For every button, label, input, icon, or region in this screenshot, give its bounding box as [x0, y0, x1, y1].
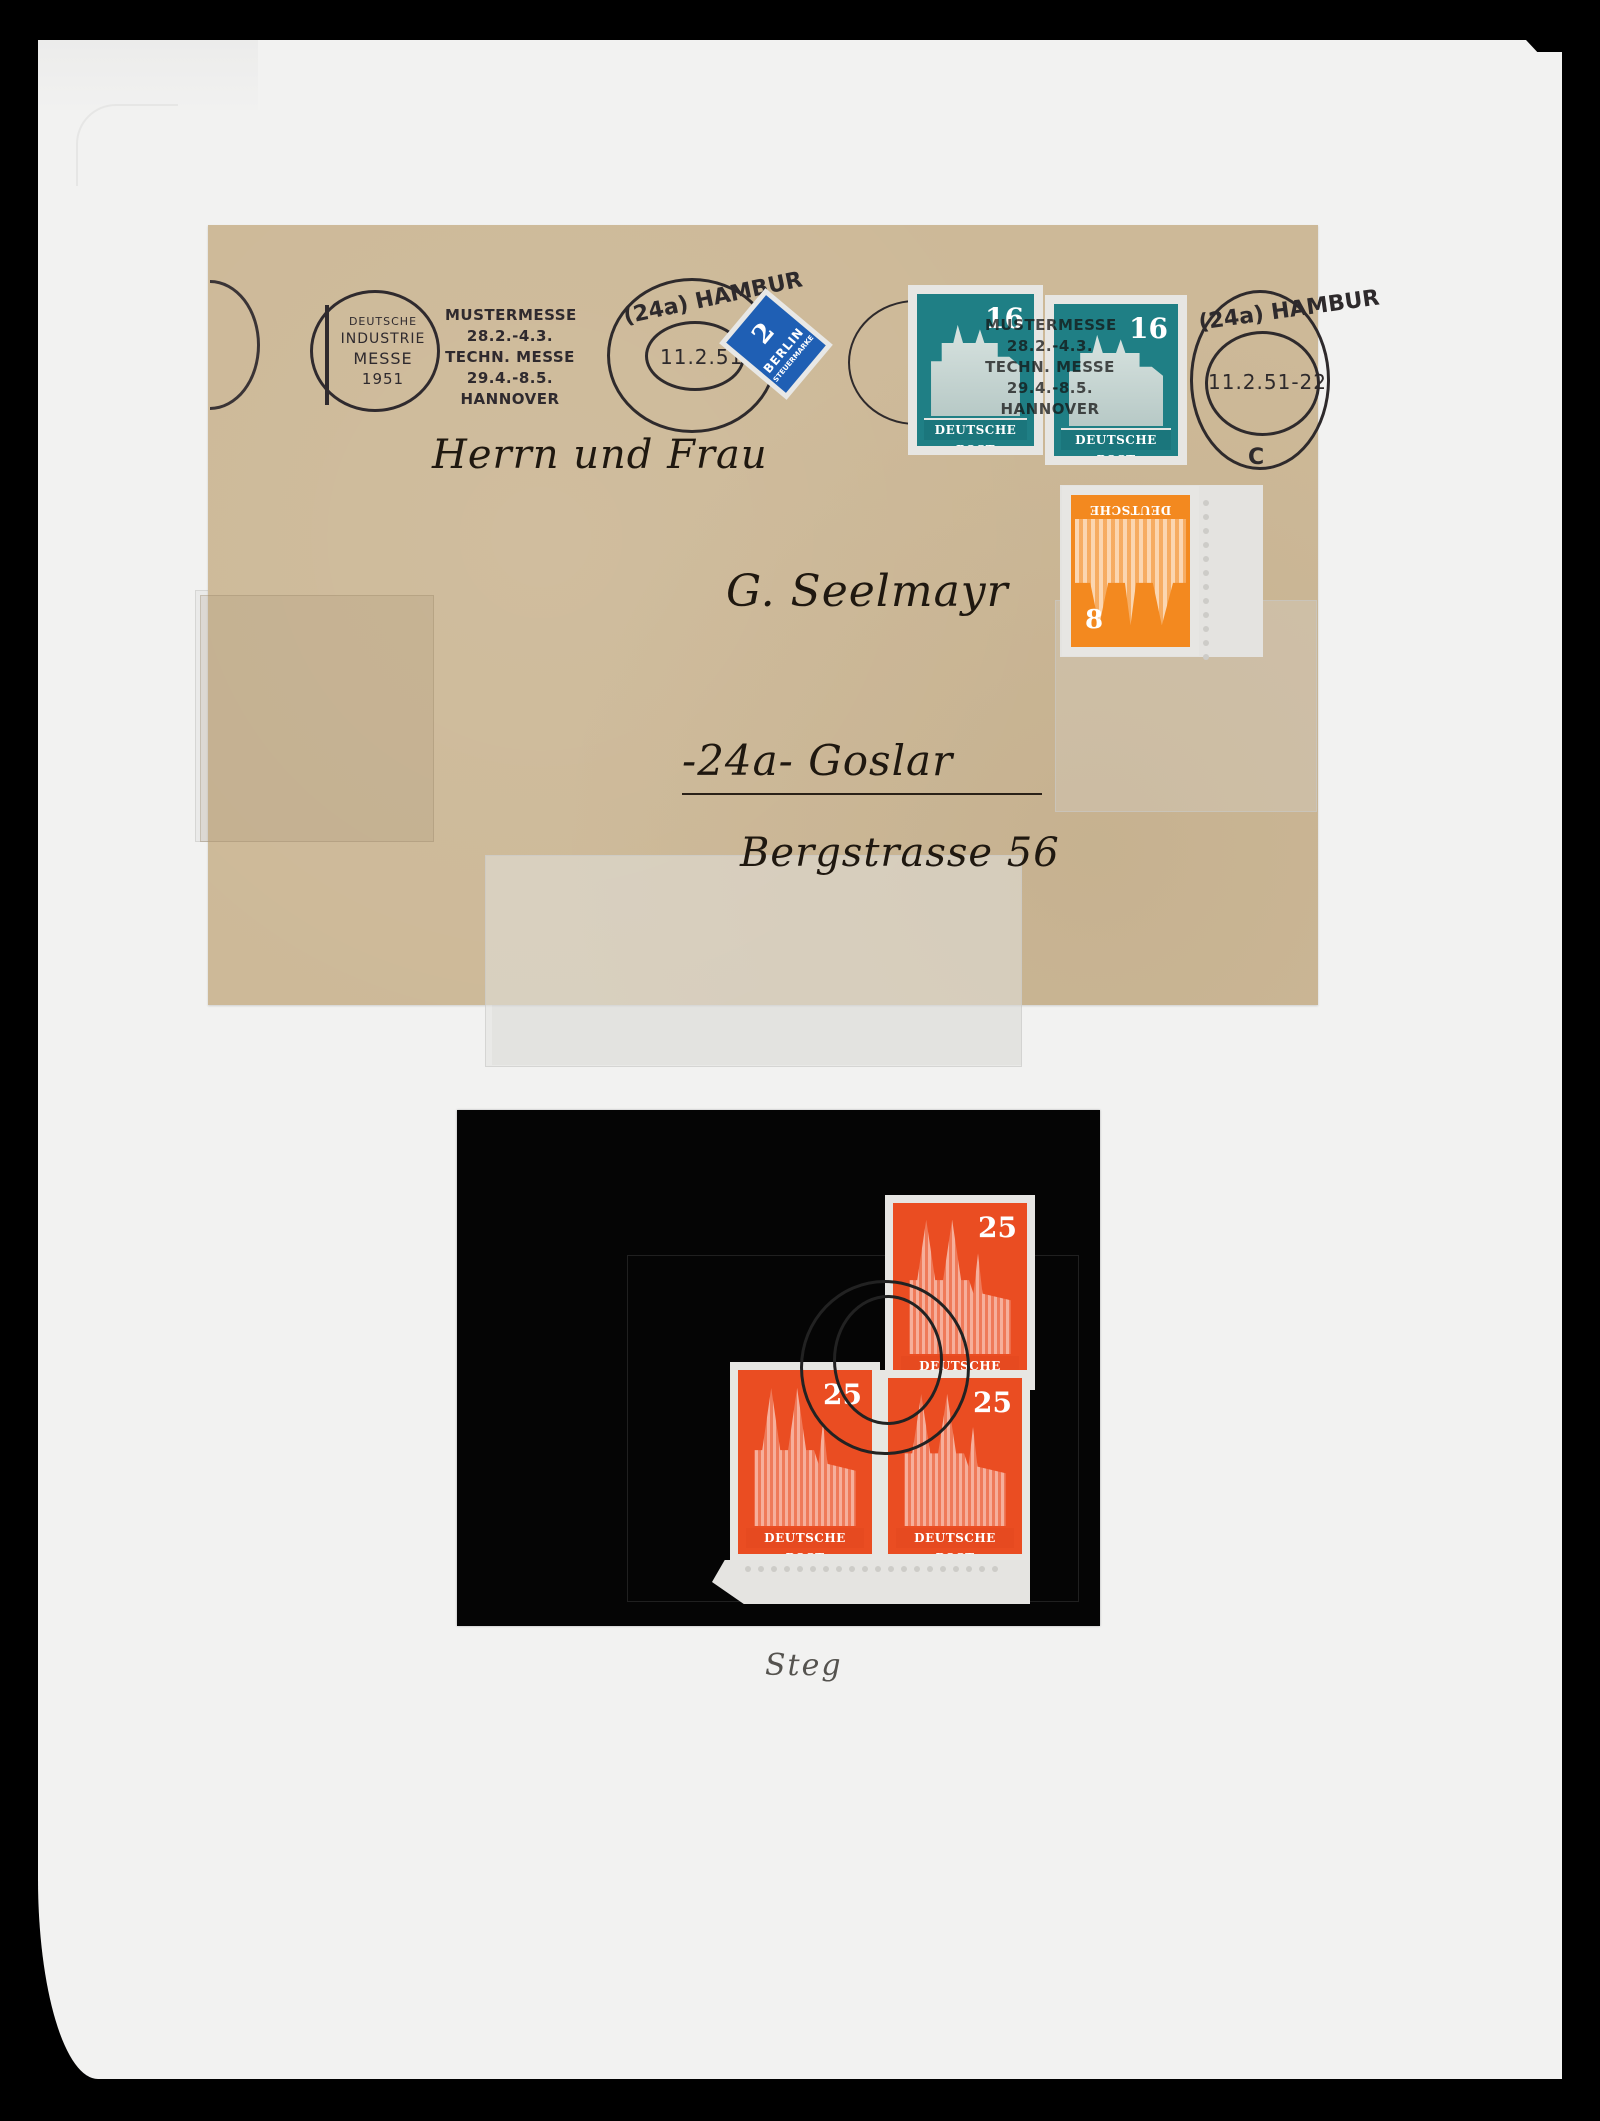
address-salutation: Herrn und Frau: [432, 432, 768, 478]
stamp-legend: DEUTSCHE POST: [896, 1528, 1014, 1548]
slogan-cancel-text: MUSTERMESSE 28.2.-4.3. TECHN. MESSE 29.4…: [445, 305, 575, 410]
slogan-text-line: 28.2.-4.3.: [985, 336, 1115, 357]
slogan-text-line: MUSTERMESSE: [985, 315, 1115, 336]
slogan-line-3: MESSE: [333, 349, 433, 368]
stamp-8-inverted[interactable]: DEUTSCHE POST 8: [1062, 486, 1199, 656]
pencil-annotation: Steg: [765, 1648, 843, 1683]
stamp-value: 25: [978, 1211, 1017, 1244]
perforation-holes: [1203, 500, 1209, 660]
slogan-line-4: 1951: [333, 370, 433, 388]
address-street: Bergstrasse 56: [740, 830, 1060, 876]
stamp-legend: DEUTSCHE POST: [1078, 500, 1183, 520]
slogan-cancel-2-text: MUSTERMESSE 28.2.-4.3. TECHN. MESSE 29.4…: [985, 315, 1115, 420]
stamp-face: DEUTSCHE POST 8: [1071, 495, 1190, 647]
slogan-text-line: HANNOVER: [985, 399, 1115, 420]
slogan-text-line: MUSTERMESSE: [445, 305, 575, 326]
slogan-text-line: TECHN. MESSE: [985, 357, 1115, 378]
circular-cancel-block: [800, 1280, 970, 1455]
slogan-cancel-circle: DEUTSCHE INDUSTRIE MESSE 1951: [310, 290, 440, 412]
stamp-value: 16: [1129, 312, 1168, 345]
address-underline: [682, 793, 1042, 795]
slogan-text-line: 29.4.-8.5.: [445, 368, 575, 389]
slogan-text-line: 28.2.-4.3.: [445, 326, 575, 347]
page-tab-notch: [1517, 40, 1562, 52]
page-corner-fold: [76, 104, 178, 186]
address-city: -24a- Goslar: [682, 736, 953, 785]
perforation-holes: [745, 1566, 998, 1572]
hinge-mount-bottom: [485, 855, 1022, 1067]
stamp-legend: DEUTSCHE POST: [924, 418, 1027, 440]
slogan-text-line: HANNOVER: [445, 389, 575, 410]
hinge-mount-left: [200, 595, 434, 842]
slogan-line-1: DEUTSCHE: [333, 315, 433, 328]
dater-2-date: 11.2.51-22: [1208, 370, 1327, 394]
dater-2-letter: C: [1248, 445, 1264, 470]
stamp-legend: DEUTSCHE POST: [746, 1528, 864, 1548]
dater-inner-ring: [833, 1295, 943, 1425]
stamp-value: 25: [973, 1386, 1012, 1419]
address-name: G. Seelmayr: [726, 566, 1009, 617]
stamp-legend: DEUTSCHE POST: [1061, 428, 1170, 450]
stamp-value: 8: [1085, 605, 1103, 635]
slogan-line-2: INDUSTRIE: [333, 331, 433, 347]
slogan-text-line: 29.4.-8.5.: [985, 378, 1115, 399]
slogan-text-line: TECHN. MESSE: [445, 347, 575, 368]
